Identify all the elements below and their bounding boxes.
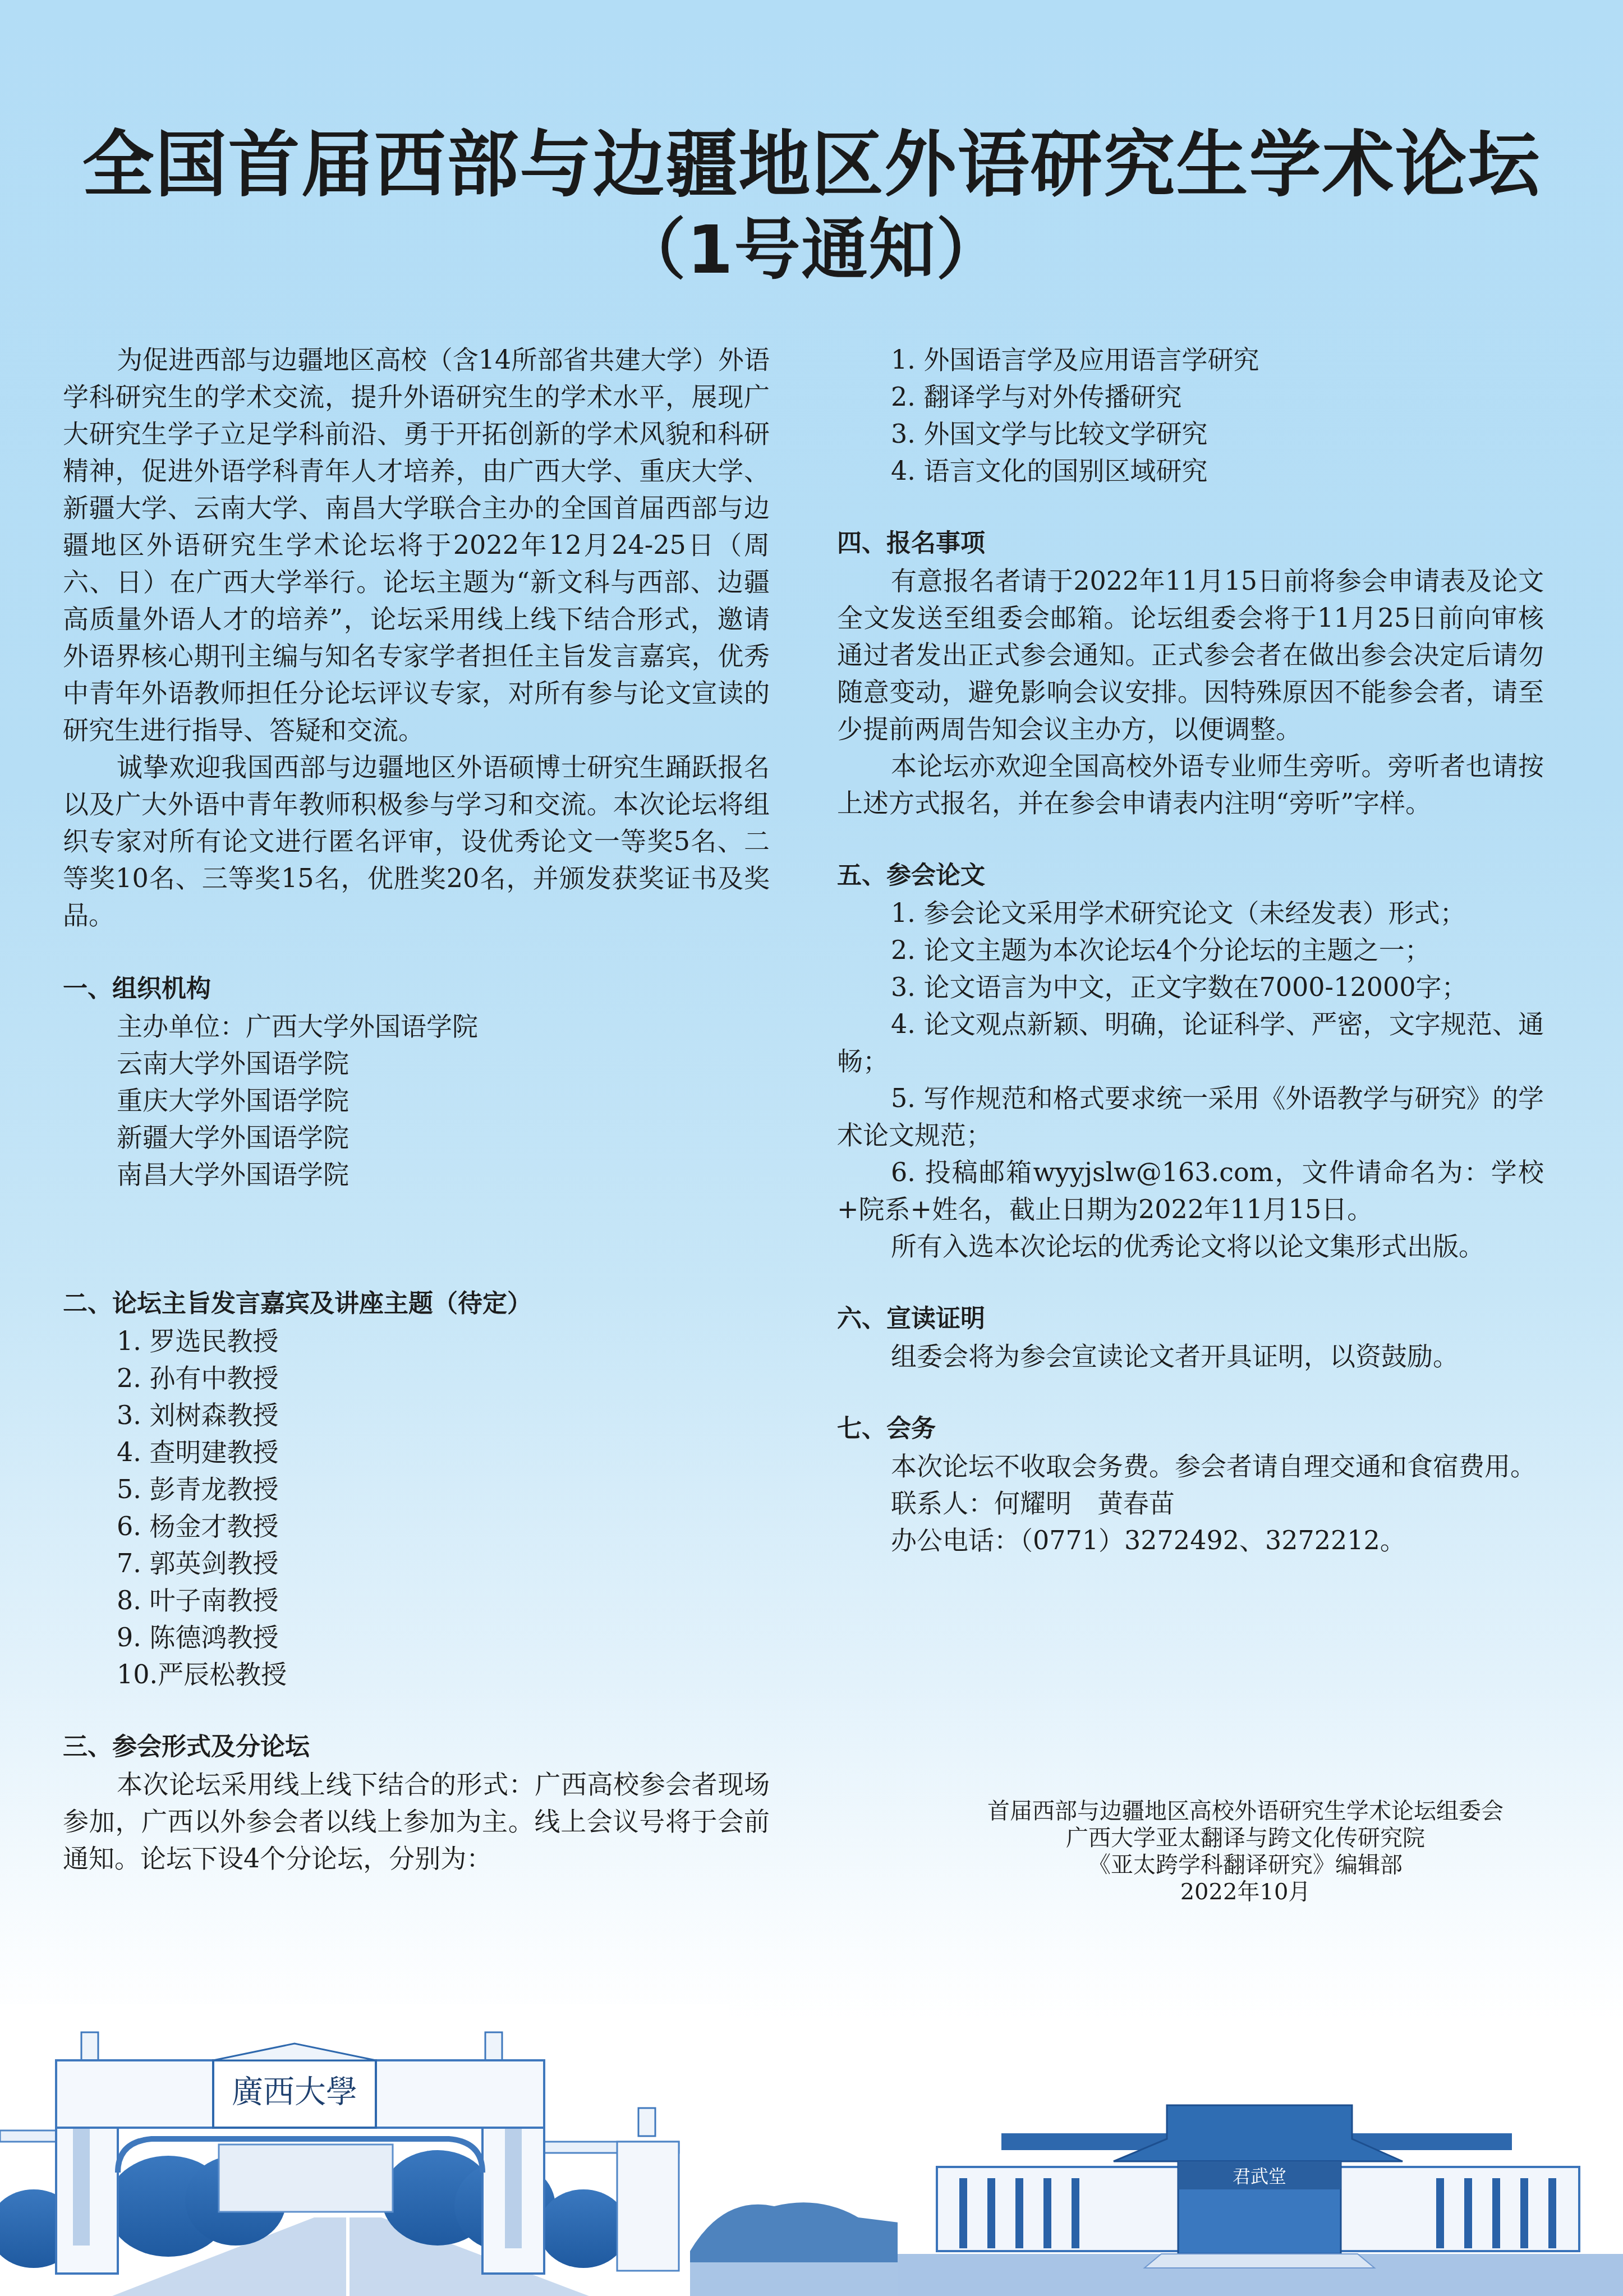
section-heading-registration: 四、报名事项 — [837, 525, 1544, 562]
certificate-paragraph: 组委会将为参会宣读论文者开具证明，以资鼓励。 — [837, 1338, 1544, 1375]
speaker-item: 8. 叶子南教授 — [63, 1582, 770, 1619]
left-column: 为促进西部与边疆地区高校（含14所部省共建大学）外语学科研究生的学术交流，提升外… — [63, 341, 770, 1877]
signature-block: 首届西部与边疆地区高校外语研究生学术论坛组委会 广西大学亚太翻译与跨文化传研究院… — [898, 1798, 1593, 1905]
format-paragraph: 本次论坛采用线上线下结合的形式：广西高校参会者现场参加，广西以外参会者以线上参加… — [63, 1766, 770, 1877]
section-heading-affairs: 七、会务 — [837, 1411, 1544, 1448]
paper-requirement: 1. 参会论文采用学术研究论文（未经发表）形式； — [837, 894, 1544, 931]
section-heading-speakers: 二、论坛主旨发言嘉宾及讲座主题（待定） — [63, 1285, 770, 1323]
section-heading-format: 三、参会形式及分论坛 — [63, 1729, 770, 1766]
org-line: 重庆大学外国语学院 — [63, 1082, 770, 1119]
paper-requirement: 5. 写作规范和格式要求统一采用《外语教学与研究》的学术论文规范； — [837, 1080, 1544, 1154]
speaker-item: 9. 陈德鸿教授 — [63, 1619, 770, 1656]
speaker-item: 6. 杨金才教授 — [63, 1508, 770, 1545]
speaker-item: 7. 郭英剑教授 — [63, 1545, 770, 1582]
right-column: 1. 外国语言学及应用语言学研究 2. 翻译学与对外传播研究 3. 外国文学与比… — [837, 341, 1544, 1559]
section-heading-certificate: 六、宣读证明 — [837, 1301, 1544, 1338]
org-line: 云南大学外国语学院 — [63, 1045, 770, 1082]
paper-requirement: 6. 投稿邮箱wyyjslw@163.com，文件请命名为：学校+院系+姓名，截… — [837, 1154, 1544, 1228]
org-line: 南昌大学外国语学院 — [63, 1156, 770, 1193]
forum-item: 2. 翻译学与对外传播研究 — [837, 378, 1544, 415]
section-heading-org: 一、组织机构 — [63, 971, 770, 1008]
papers-note: 所有入选本次论坛的优秀论文将以论文集形式出版。 — [837, 1228, 1544, 1265]
paper-requirement: 3. 论文语言为中文，正文字数在7000-12000字； — [837, 968, 1544, 1005]
section-heading-papers: 五、参会论文 — [837, 857, 1544, 894]
auditorium-image: 君武堂 — [898, 2083, 1623, 2296]
speaker-item: 4. 查明建教授 — [63, 1434, 770, 1471]
speaker-item: 3. 刘树森教授 — [63, 1397, 770, 1434]
gate-plaque-text: 廣西大學 — [232, 2074, 357, 2110]
forum-item: 4. 语言文化的国别区域研究 — [837, 452, 1544, 489]
intro-paragraph-1: 为促进西部与边疆地区高校（含14所部省共建大学）外语学科研究生的学术交流，提升外… — [63, 341, 770, 749]
signature-editorial: 《亚太跨学科翻译研究》编辑部 — [898, 1852, 1593, 1879]
signature-date: 2022年10月 — [898, 1879, 1593, 1905]
university-gate-image: 廣西大學 — [0, 2004, 729, 2296]
signature-institute: 广西大学亚太翻译与跨文化传研究院 — [898, 1825, 1593, 1852]
office-phone: 办公电话：（0771）3272492、3272212。 — [837, 1522, 1544, 1559]
paper-requirement: 2. 论文主题为本次论坛4个分论坛的主题之一； — [837, 931, 1544, 968]
org-line: 新疆大学外国语学院 — [63, 1119, 770, 1156]
registration-paragraph-1: 有意报名者请于2022年11月15日前将参会申请表及论文全文发送至组委会邮箱。论… — [837, 562, 1544, 747]
speaker-item: 1. 罗选民教授 — [63, 1323, 770, 1360]
org-line: 主办单位：广西大学外国语学院 — [63, 1008, 770, 1045]
forum-item: 3. 外国文学与比较文学研究 — [837, 415, 1544, 452]
page-subtitle: （1号通知） — [0, 208, 1623, 292]
intro-paragraph-2: 诚挚欢迎我国西部与边疆地区外语硕博士研究生踊跃报名以及广大外语中青年教师积极参与… — [63, 749, 770, 934]
speaker-item: 5. 彭青龙教授 — [63, 1471, 770, 1508]
forum-item: 1. 外国语言学及应用语言学研究 — [837, 341, 1544, 378]
signature-organizer: 首届西部与边疆地区高校外语研究生学术论坛组委会 — [898, 1798, 1593, 1825]
speaker-item: 10.严辰松教授 — [63, 1656, 770, 1693]
hall-plaque-text: 君武堂 — [1233, 2166, 1286, 2187]
page-title: 全国首届西部与边疆地区外语研究生学术论坛 — [0, 121, 1623, 210]
paper-requirement: 4. 论文观点新颖、明确，论证科学、严密，文字规范、通畅； — [837, 1005, 1544, 1080]
registration-paragraph-2: 本论坛亦欢迎全国高校外语专业师生旁听。旁听者也请按上述方式报名，并在参会申请表内… — [837, 747, 1544, 821]
contact-person: 联系人：何耀明 黄春苗 — [837, 1485, 1544, 1522]
speaker-item: 2. 孙有中教授 — [63, 1360, 770, 1397]
affairs-paragraph: 本次论坛不收取会务费。参会者请自理交通和食宿费用。 — [837, 1448, 1544, 1485]
